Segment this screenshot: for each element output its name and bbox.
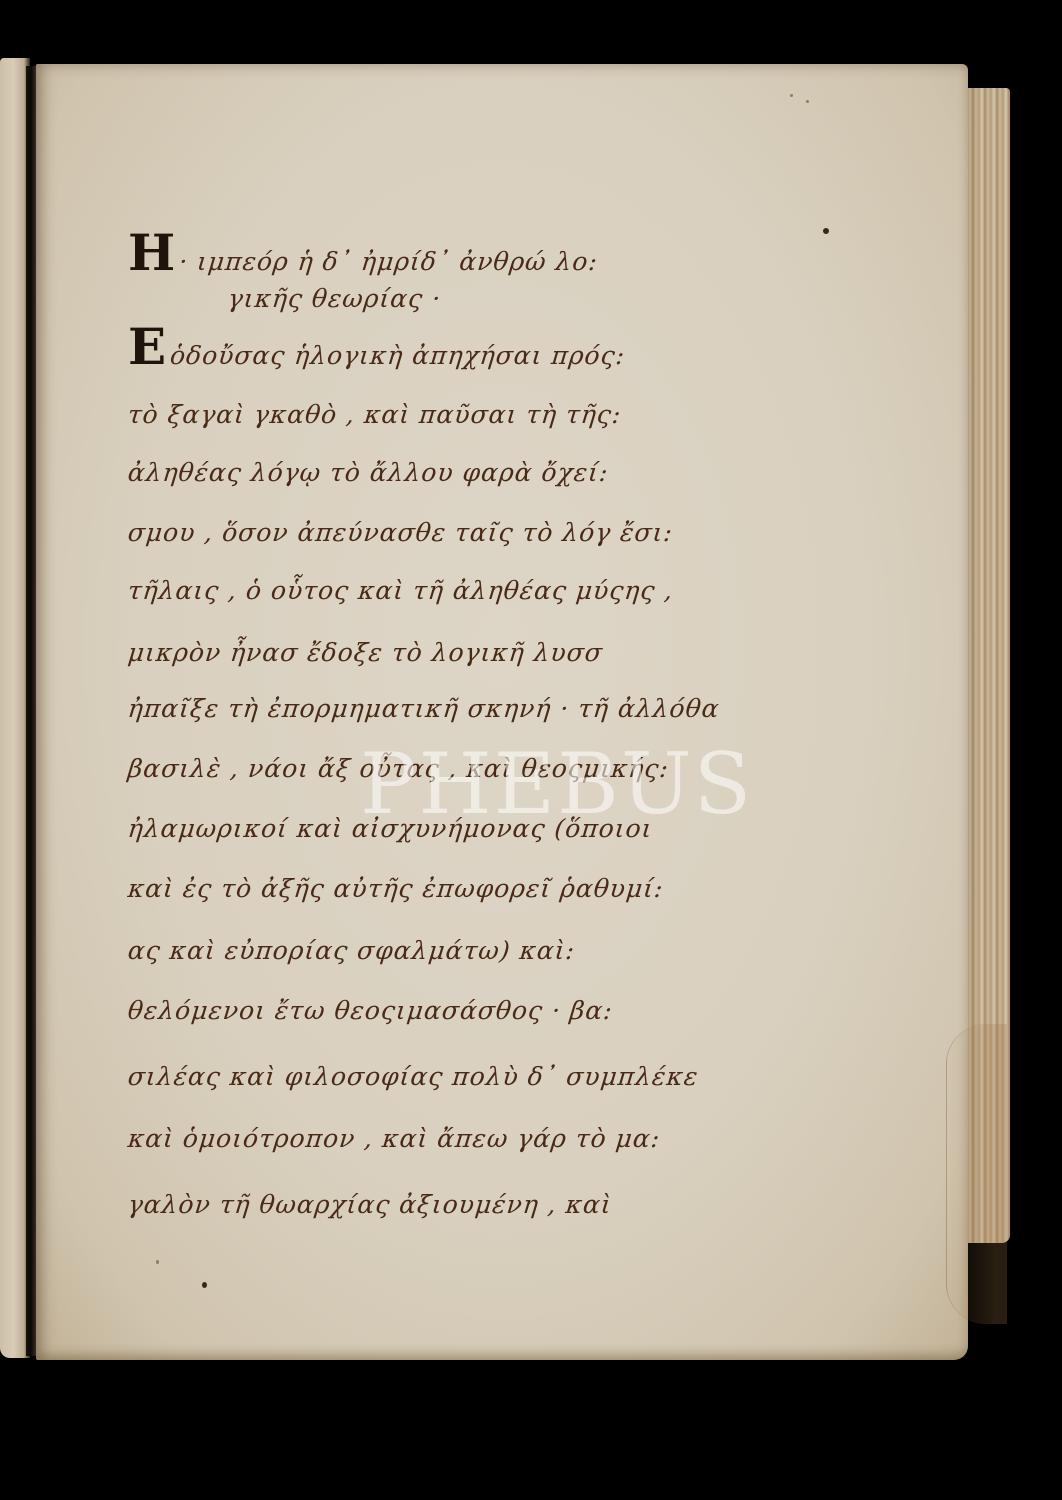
body-line: σμου , ὅσον ἀπεύνασθε ταῖς τὸ λόγ ἔσι: (126, 518, 674, 547)
ink-speck (806, 100, 809, 103)
body-line: τὸ ξαγαὶ γκαθὸ , καὶ παῦσαι τὴ τῆς: (126, 400, 622, 429)
ink-dot (202, 1282, 207, 1288)
body-line: ἠπαῖξε τὴ ἐπορμηματικῆ σκηνή · τῆ ἀλλόθα (126, 694, 721, 723)
heading-line-1: Η· ιμπεόρ ἡ δ᾽ ἠμρίδ᾽ ἀνθρώ λο: (125, 228, 601, 278)
decorated-initial-eta: Η (128, 228, 176, 278)
ink-dot (823, 228, 829, 234)
body-line: τῆλαις , ὁ οὗτος καὶ τῆ ἀληθέας μύςης , (126, 576, 674, 605)
heading-line-2: γικῆς θεωρίας · (126, 284, 442, 313)
ink-speck (156, 1260, 159, 1264)
decorated-initial-epsilon: Ε (128, 322, 167, 372)
body-line-1: Εὁδοὔσας ἡλογικὴ ἀπηχήσαι πρός: (125, 322, 628, 372)
body-line: καὶ ὁμοιότροπον , καὶ ἄπεω γάρ τὸ μα: (126, 1124, 661, 1153)
body-line: θελόμενοι ἔτω θεοςιμασάσθος · βα: (126, 996, 614, 1025)
body-line: μικρὸν ἦνασ ἔδοξε τὸ λογικῆ λυσσ (126, 638, 604, 667)
body-line: βασιλὲ , νάοι ἄξ οὖτας , καὶ θεοςμικής: (126, 754, 670, 783)
body-line: σιλέας καὶ φιλοσοφίας πολὺ δ᾽ συμπλέκε (126, 1062, 699, 1091)
body-line: ἠλαμωρικοί καὶ αἰσχυνήμονας (ὅποιοι (126, 814, 654, 843)
body-line: καὶ ἐς τὸ ἀξῆς αὐτῆς ἐπωφορεῖ ῥαθυμί: (126, 874, 665, 903)
body-line: ας καὶ εὐπορίας σφαλμάτω) καὶ: (126, 936, 576, 965)
ink-speck (790, 94, 793, 97)
body-line: γαλὸν τῆ θωαρχίας ἀξιουμένη , καὶ (126, 1190, 613, 1219)
book-gutter (26, 66, 36, 1356)
water-stain (946, 1024, 1007, 1324)
body-line: ἀληθέας λόγῳ τὸ ἄλλου φαρὰ ὄχεί: (126, 458, 610, 487)
